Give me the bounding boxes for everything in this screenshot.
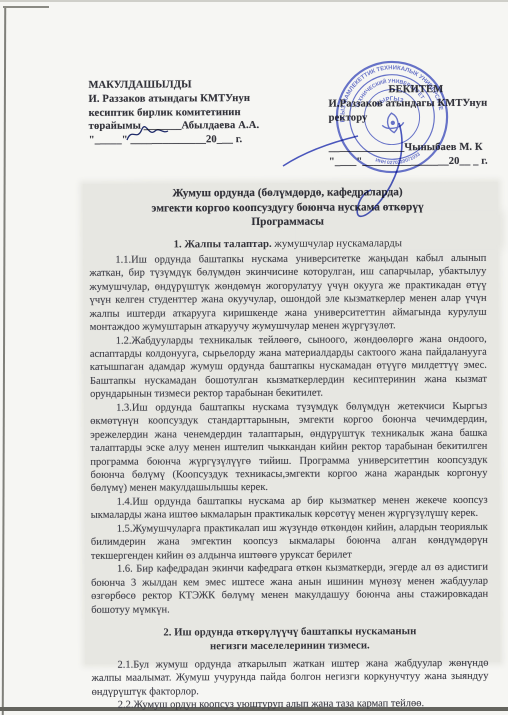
scanned-document-page: МАКУЛДАШЫЛДЫ И. Раззаков атындагы КМТУну… [0,0,508,715]
paragraph-1-4: 1.4.Иш ордунда баштапкы нускама ар бир к… [91,494,488,523]
agreed-block: МАКУЛДАШЫЛДЫ И. Раззаков атындагы КМТУну… [88,78,328,148]
section-1-heading-number: 1. Жалпы талаптар. [174,238,272,251]
title-line-3: Программасы [89,214,486,231]
agreed-line1: И. Раззаков атындагы КМТУнун [88,91,328,106]
stamp-emblem-icon [381,112,405,134]
paragraph-1-2: 1.2.Жабдууларды техникалык тейлөөгө, сын… [90,332,487,401]
agreed-title: МАКУЛДАШЫЛДЫ [88,78,328,93]
paragraph-1-1: 1.1.Иш ордунда баштапкы нускама универси… [89,252,486,335]
agreed-signatory-line: төрайымы _______Абылдаева А.А. [89,119,329,134]
paragraph-1-6: 1.6. Бир кафедрадан экинчи кафедрага өтк… [91,561,488,617]
agreed-line2: кесиптик бирлик комитетинин [89,105,329,120]
paragraph-1-3: 1.3.Иш ордунда баштапкы нускама түзүмдүк… [90,400,487,496]
svg-text:КЫРГЫЗ: КЫРГЫЗ [375,95,405,109]
agreed-date-line: "_____" ______________20___ г. [89,133,329,148]
paragraph-1-5: 1.5.Жумушчуларга практикалап иш жүзүндө … [91,521,488,563]
university-round-stamp-icon: КЫРГЫЗ МАМЛЕКЕТТИК ТЕХНИКАЛЫК УНИВЕРСИТЕ… [325,50,458,183]
document-title: Жумуш ордунда (бөлүмдөрдө, кафедраларда)… [89,185,486,231]
section-1-heading-rest: жумушчулар нускамаларды [272,237,402,250]
section-2-heading-line2: негизги маселелеринин тизмеси. [91,638,488,654]
document-body: Жумуш ордунда (бөлүмдөрдө, кафедраларда)… [89,185,489,713]
section-2-heading: 2. Иш ордунда өткөрүлүүчү баштапкы нуска… [91,624,488,654]
paragraph-2-1: 2.1.Бул жумуш ордунда аткарылып жаткан и… [91,657,488,699]
paragraph-2-2: 2.2.Жумуш ордун коопсуз уюштуруп алып жа… [92,697,489,713]
stamp-center-text: КЫРГЫЗ [375,95,405,109]
section-1-heading: 1. Жалпы талаптар. жумушчулар нускамалар… [89,237,486,251]
